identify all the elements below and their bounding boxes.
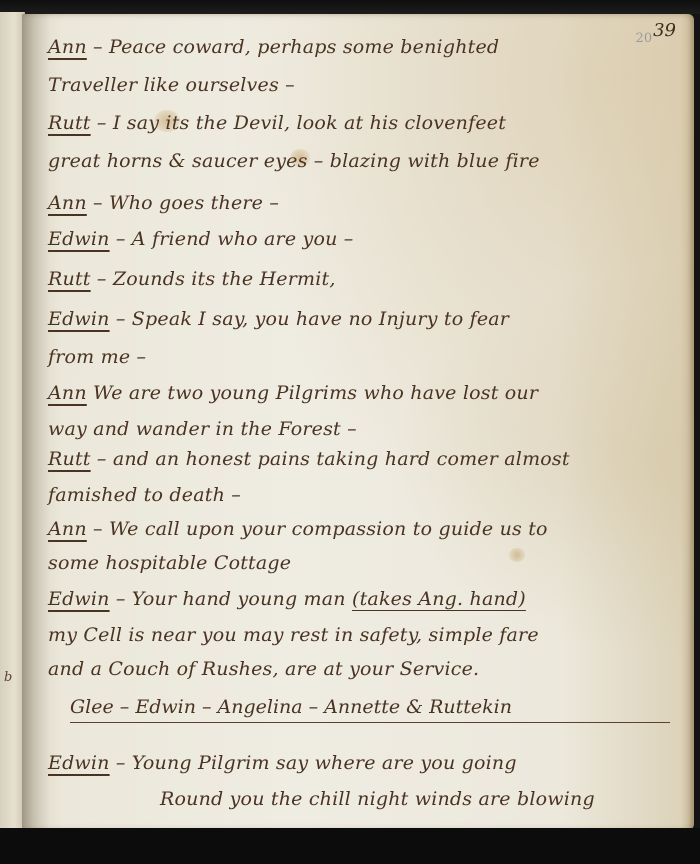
line-text: – and an honest pains taking hard comer …: [97, 448, 570, 470]
line-text: from me –: [48, 346, 146, 368]
dialogue-line: Traveller like ourselves –: [48, 74, 684, 96]
dialogue-line: way and wander in the Forest –: [48, 418, 684, 440]
dialogue-line: Ann We are two young Pilgrims who have l…: [48, 382, 684, 404]
line-text: Round you the chill night winds are blow…: [160, 788, 595, 810]
speaker-name: Rutt: [48, 448, 91, 470]
speaker-name: Rutt: [48, 268, 91, 290]
line-text: – Young Pilgrim say where are you going: [116, 752, 517, 774]
dialogue-line: great horns & saucer eyes – blazing with…: [48, 150, 684, 172]
line-text: – Peace coward, perhaps some benighted: [93, 36, 499, 58]
dialogue-line: Edwin – Speak I say, you have no Injury …: [48, 308, 684, 330]
line-text: We are two young Pilgrims who have lost …: [93, 382, 538, 404]
dialogue-line: famished to death –: [48, 484, 684, 506]
dialogue-line: Ann – Who goes there –: [48, 192, 684, 214]
line-text: – Speak I say, you have no Injury to fea…: [116, 308, 509, 330]
line-text: – I say its the Devil, look at his clove…: [97, 112, 506, 134]
stage-direction: (takes Ang. hand): [352, 588, 526, 610]
line-text: Traveller like ourselves –: [48, 74, 295, 96]
line-text: – A friend who are you –: [116, 228, 354, 250]
speaker-name: Ann: [48, 36, 87, 58]
margin-mark: b: [4, 670, 12, 685]
speaker-name: Edwin: [48, 752, 110, 774]
bottom-edge: [0, 828, 700, 864]
dialogue-line: Rutt – and an honest pains taking hard c…: [48, 448, 684, 470]
gutter-shadow: [22, 14, 50, 830]
line-text: – We call upon your compassion to guide …: [93, 518, 548, 540]
song-heading: Glee – Edwin – Angelina – Annette & Rutt…: [70, 696, 670, 723]
speaker-name: Edwin: [48, 588, 110, 610]
line-text: – Zounds its the Hermit,: [97, 268, 336, 290]
line-text: famished to death –: [48, 484, 241, 506]
line-text: way and wander in the Forest –: [48, 418, 357, 440]
dialogue-line: Ann – Peace coward, perhaps some benight…: [48, 36, 684, 58]
line-text: my Cell is near you may rest in safety, …: [48, 624, 539, 646]
speaker-name: Rutt: [48, 112, 91, 134]
dialogue-line: Edwin – Young Pilgrim say where are you …: [48, 752, 684, 774]
line-text: – Who goes there –: [93, 192, 279, 214]
speaker-name: Edwin: [48, 308, 110, 330]
speaker-name: Ann: [48, 382, 87, 404]
dialogue-line: from me –: [48, 346, 684, 368]
dialogue-line: Edwin – A friend who are you –: [48, 228, 684, 250]
speaker-name: Ann: [48, 192, 87, 214]
speaker-name: Ann: [48, 518, 87, 540]
dialogue-line: my Cell is near you may rest in safety, …: [48, 624, 684, 646]
line-text: and a Couch of Rushes, are at your Servi…: [48, 658, 479, 680]
dialogue-line: and a Couch of Rushes, are at your Servi…: [48, 658, 684, 680]
dialogue-line: Rutt – Zounds its the Hermit,: [48, 268, 684, 290]
dialogue-line: Rutt – I say its the Devil, look at his …: [48, 112, 684, 134]
dialogue-line: Round you the chill night winds are blow…: [160, 788, 684, 810]
dialogue-line: some hospitable Cottage: [48, 552, 684, 574]
dialogue-line: Ann – We call upon your compassion to gu…: [48, 518, 684, 540]
dialogue-line: Edwin – Your hand young man (takes Ang. …: [48, 588, 684, 610]
line-text: some hospitable Cottage: [48, 552, 291, 574]
top-edge: [0, 0, 700, 14]
line-text: – Your hand young man: [116, 588, 346, 610]
line-text: great horns & saucer eyes – blazing with…: [48, 150, 540, 172]
speaker-name: Edwin: [48, 228, 110, 250]
